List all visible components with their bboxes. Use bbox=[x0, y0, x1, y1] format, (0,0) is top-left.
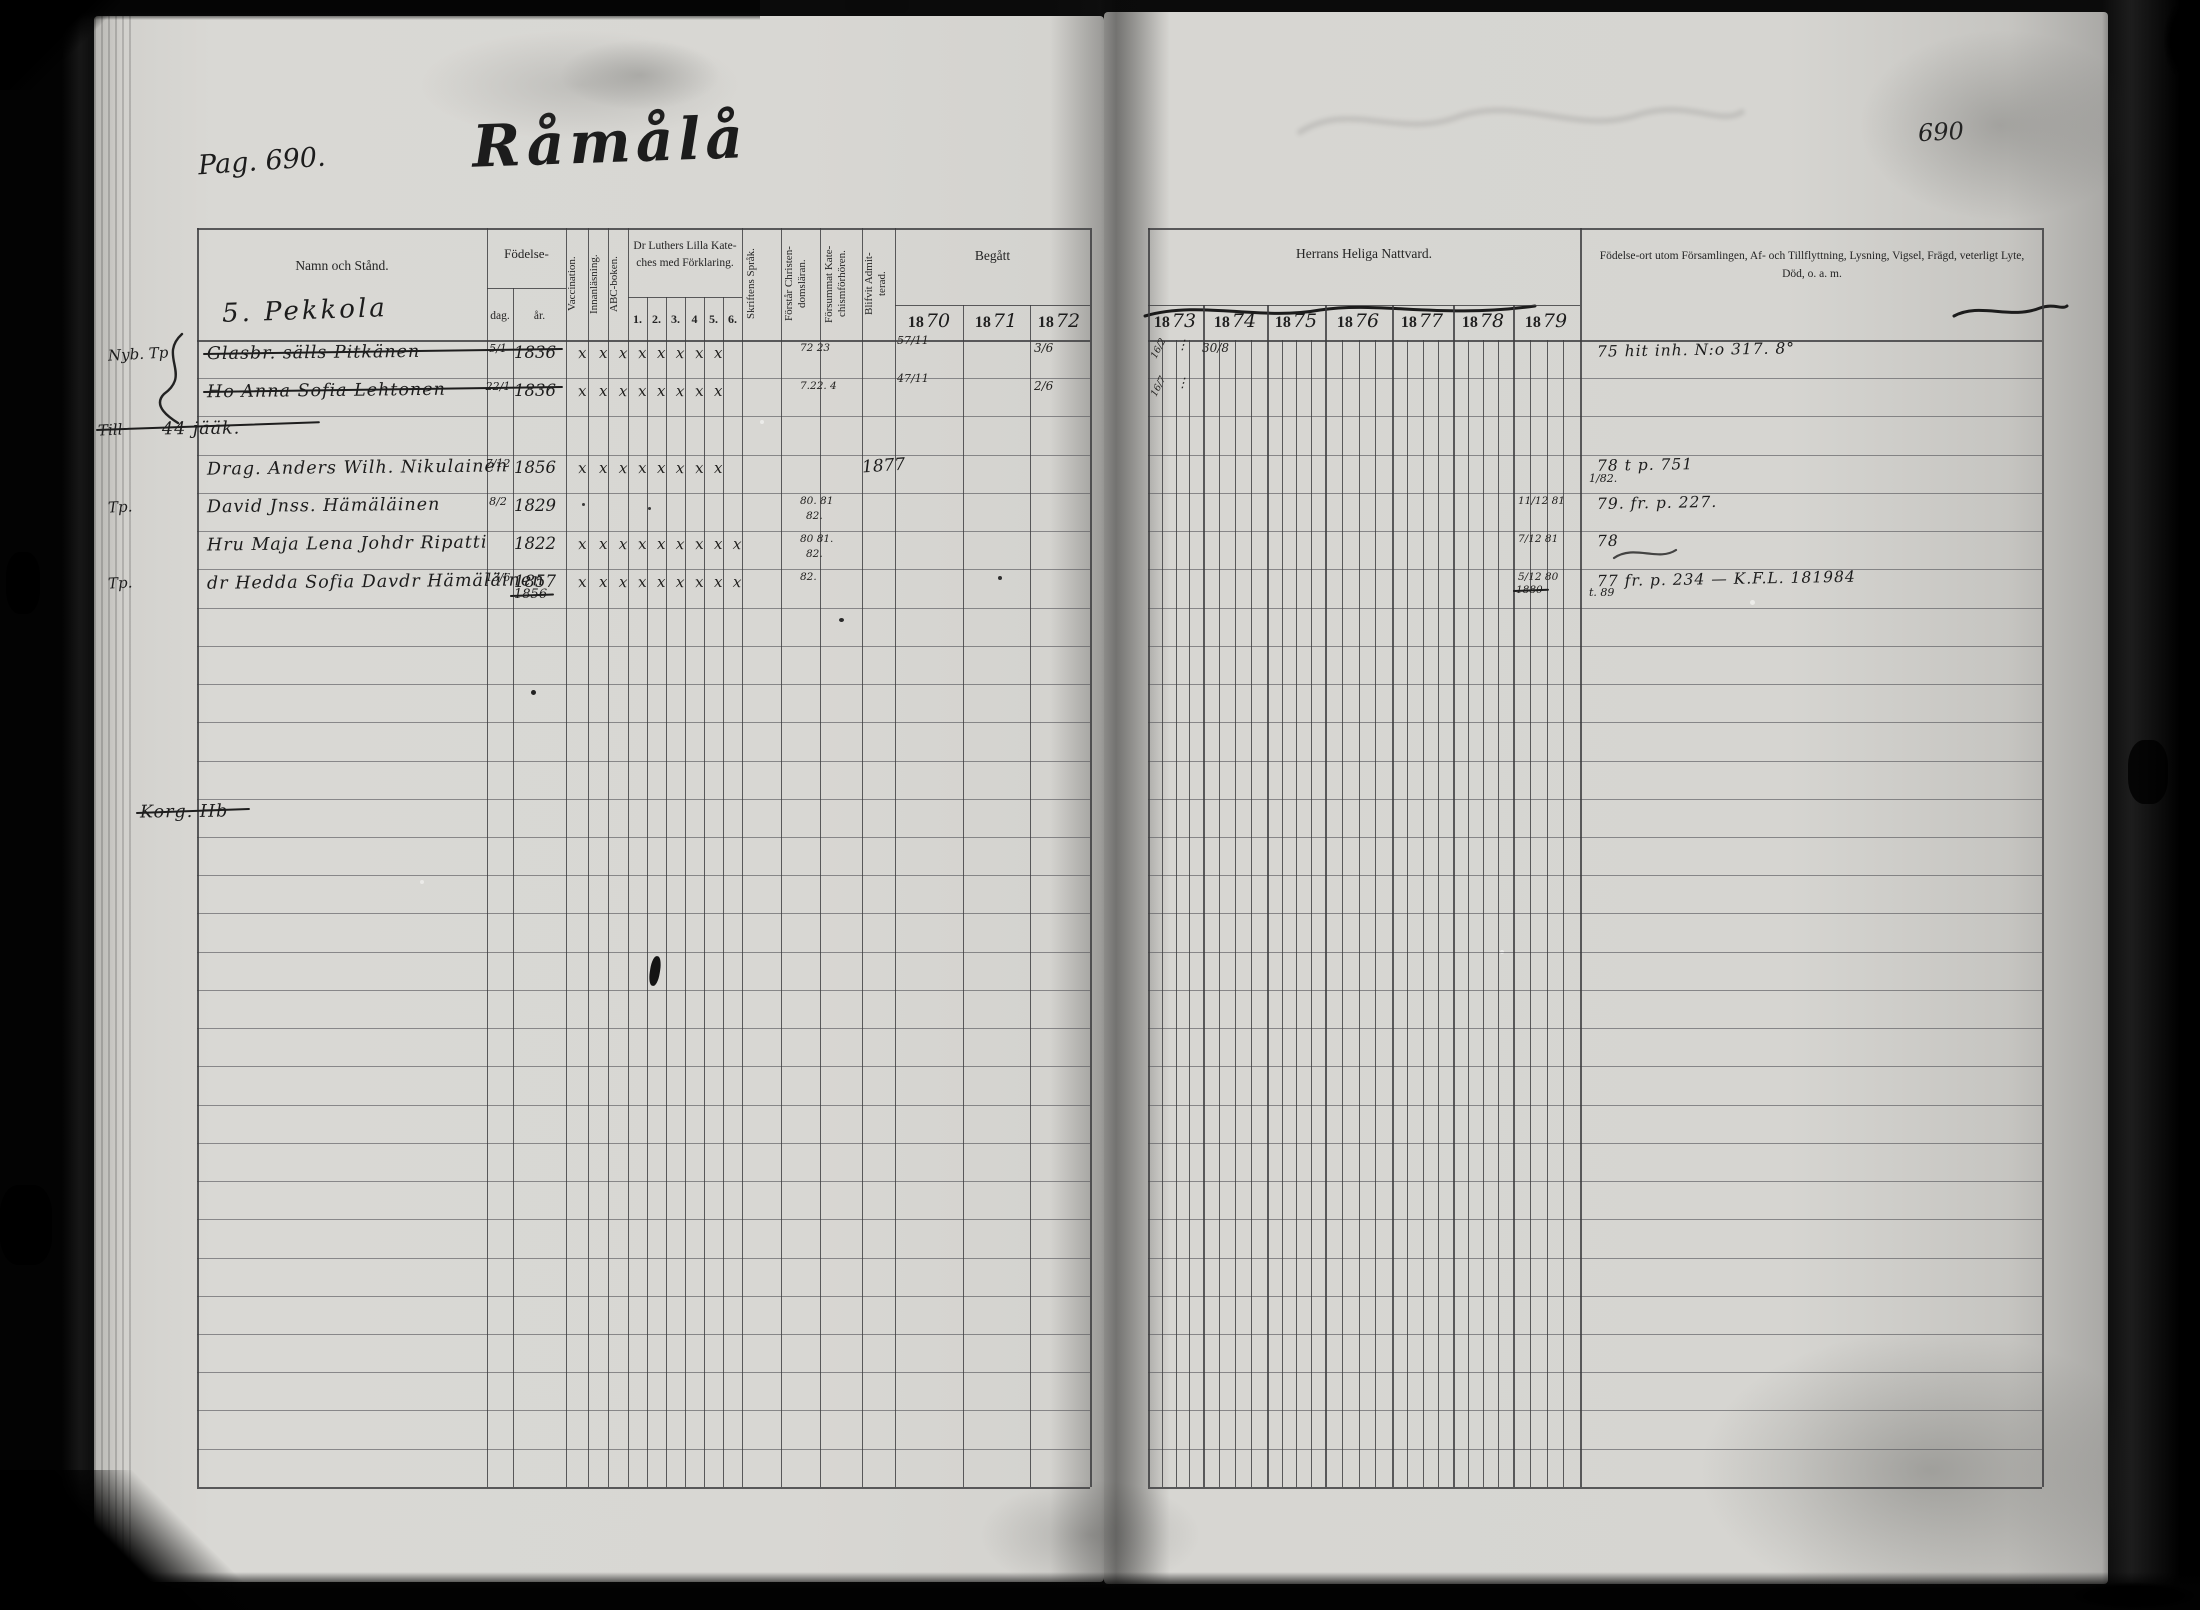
grid-line-h bbox=[197, 378, 1090, 379]
grid-line-v bbox=[1453, 305, 1455, 1487]
check-mark: x bbox=[732, 573, 742, 592]
year-handwritten: 73 bbox=[1172, 310, 1196, 332]
scan-blob-tr bbox=[2078, 0, 2200, 160]
admitted-note: 57/11 bbox=[897, 334, 929, 347]
ink-dot bbox=[998, 576, 1002, 580]
grid-line-h bbox=[487, 288, 566, 289]
col-header-name: Namn och Stånd. bbox=[197, 258, 487, 274]
birth-day: 7/12 bbox=[484, 457, 512, 470]
absence-note: 72 23 bbox=[800, 342, 830, 354]
grid-line-v bbox=[742, 228, 743, 1487]
year-handwritten: 75 bbox=[1293, 310, 1317, 332]
check-mark: x bbox=[714, 382, 722, 400]
grid-line-h bbox=[197, 1181, 1090, 1182]
grid-line-h bbox=[197, 1258, 1090, 1259]
grid-line-v bbox=[1296, 340, 1297, 1487]
year-handwritten: 74 bbox=[1232, 310, 1256, 332]
grid-line-v bbox=[1498, 340, 1499, 1487]
notes-flourish bbox=[1950, 296, 2070, 324]
grid-line-h bbox=[197, 1296, 1090, 1297]
scan-edge-mark bbox=[2128, 740, 2168, 804]
catechism-subcol: 5. bbox=[704, 312, 723, 327]
grid-line-h bbox=[1148, 1487, 2042, 1489]
col-header-vaccination: Vaccination. bbox=[566, 231, 588, 337]
check-mark: x bbox=[732, 535, 742, 554]
grid-line-v bbox=[1580, 228, 1582, 1487]
absence-note: 80 81. bbox=[800, 533, 833, 545]
year-printed: 18 bbox=[1337, 314, 1353, 331]
check-mark: x bbox=[618, 573, 628, 592]
scan-edge-right bbox=[2102, 0, 2200, 1610]
birth-year: 1836 bbox=[514, 343, 556, 362]
check-mark: x bbox=[657, 459, 665, 477]
check-mark: x bbox=[714, 573, 722, 591]
check-mark: x bbox=[657, 573, 665, 591]
grid-line-v bbox=[820, 228, 821, 1487]
dust bbox=[1750, 600, 1755, 605]
grid-line-v bbox=[1342, 340, 1343, 1487]
margin-note: Tp. bbox=[108, 574, 133, 593]
check-mark: x bbox=[618, 458, 628, 477]
communion-1873-marks: ⋮ bbox=[1176, 376, 1189, 391]
check-mark: x bbox=[657, 344, 665, 362]
year-cell: 1878 bbox=[1449, 310, 1517, 332]
communion-1872: 3/6 bbox=[1034, 341, 1053, 355]
grid-line-h bbox=[197, 837, 1090, 838]
absence-note: 82. bbox=[800, 571, 817, 583]
check-mark: x bbox=[694, 382, 704, 401]
absence-note: 82. bbox=[806, 548, 823, 560]
book-binding bbox=[1050, 0, 1170, 1610]
birth-year: 1836 bbox=[514, 381, 556, 400]
dust bbox=[420, 880, 424, 884]
year-printed: 18 bbox=[1154, 314, 1170, 331]
check-mark: x bbox=[618, 344, 628, 363]
grid-line-v bbox=[666, 297, 667, 1487]
marginal-annotation: 78 bbox=[1597, 532, 1619, 550]
grid-line-v bbox=[704, 297, 705, 1487]
col-header-birth-year: år. bbox=[513, 310, 566, 322]
year-cell: 1872 bbox=[1025, 310, 1093, 332]
col-header-notes: Födelse-ort utom Församlingen, Af- och T… bbox=[1594, 248, 2030, 284]
year-printed: 18 bbox=[1214, 314, 1230, 331]
year-cell: 1874 bbox=[1201, 310, 1269, 332]
year-printed: 18 bbox=[1275, 314, 1291, 331]
check-mark: x bbox=[637, 344, 647, 363]
year-handwritten: 79 bbox=[1543, 310, 1567, 332]
marginal-annotation: 75 hit inh. N:o 317. 8° bbox=[1597, 339, 1795, 360]
birth-year: 1856 bbox=[514, 458, 556, 477]
grid-line-v bbox=[487, 228, 488, 1487]
check-mark: x bbox=[675, 458, 685, 477]
grid-line-v bbox=[1030, 305, 1031, 1487]
check-mark: x bbox=[694, 573, 704, 592]
grid-line-v bbox=[963, 305, 964, 1487]
grid-line-v bbox=[1219, 340, 1220, 1487]
grid-line-v bbox=[1148, 228, 1150, 1487]
grid-line-v bbox=[197, 228, 199, 1487]
admitted-year: 1877 bbox=[861, 454, 906, 477]
catechism-subcol: 3. bbox=[666, 312, 685, 327]
check-mark: x bbox=[599, 459, 607, 477]
year-printed: 18 bbox=[908, 314, 924, 331]
check-mark: x bbox=[577, 382, 587, 401]
grid-line-h bbox=[197, 455, 1090, 456]
grid-line-h bbox=[197, 569, 1090, 570]
check-mark: x bbox=[675, 573, 685, 592]
year-cell: 1873 bbox=[1141, 310, 1209, 332]
grid-line-v bbox=[2042, 228, 2044, 1487]
grid-line-h bbox=[197, 913, 1090, 914]
scan-corner-tl bbox=[0, 0, 120, 90]
catechism-subcol: 2. bbox=[647, 312, 666, 327]
grid-line-v bbox=[1311, 340, 1312, 1487]
grid-line-h bbox=[197, 340, 1090, 342]
grid-line-v bbox=[1176, 340, 1177, 1487]
check-mark: x bbox=[657, 382, 665, 400]
grid-line-h bbox=[197, 1143, 1090, 1144]
check-mark: x bbox=[675, 382, 685, 401]
communion-1879: 7/12 81 bbox=[1518, 533, 1558, 545]
communion-1879: 11/12 81 bbox=[1518, 495, 1565, 507]
margin-note: Tp. bbox=[108, 497, 133, 516]
grid-line-v bbox=[1438, 340, 1439, 1487]
absence-note: 80. 81 bbox=[800, 495, 833, 507]
year-printed: 18 bbox=[1401, 314, 1417, 331]
grid-line-v bbox=[1189, 340, 1190, 1487]
year-cell: 1877 bbox=[1388, 310, 1456, 332]
admitted-note: 47/11 bbox=[897, 372, 929, 385]
absence-note: 82. bbox=[806, 510, 823, 522]
year-handwritten: 77 bbox=[1419, 310, 1443, 332]
absence-note: 7.22. 4 bbox=[800, 380, 837, 392]
entry-name: David Jnss. Hämäläinen bbox=[207, 495, 441, 517]
grid-line-v bbox=[781, 228, 782, 1487]
year-printed: 18 bbox=[1525, 314, 1541, 331]
col-header-abc-boken: ABC-boken. bbox=[608, 231, 628, 337]
grid-line-h bbox=[197, 1372, 1090, 1373]
grid-line-h bbox=[895, 305, 1090, 306]
col-header-forstar: Förstår Christen- domsläran. bbox=[783, 231, 818, 337]
folio-number: 690 bbox=[1917, 117, 1964, 147]
grid-line-h bbox=[197, 531, 1090, 532]
check-mark: x bbox=[577, 573, 587, 592]
check-mark: x bbox=[714, 535, 722, 553]
check-mark: x bbox=[599, 344, 607, 362]
grid-line-v bbox=[628, 228, 629, 1487]
ink-dot bbox=[531, 690, 536, 695]
year-handwritten: 76 bbox=[1355, 310, 1379, 332]
bleedthrough-ghost bbox=[1290, 92, 1750, 148]
grid-line-h bbox=[197, 684, 1090, 685]
grid-line-h bbox=[197, 990, 1090, 991]
margin-note: Nyb. Tp bbox=[108, 343, 169, 364]
grid-line-v bbox=[723, 297, 724, 1487]
year-cell: 1870 bbox=[895, 310, 963, 332]
grid-line-v bbox=[1267, 305, 1269, 1487]
check-mark: x bbox=[714, 459, 722, 477]
marginal-annotation-small: 1/82. bbox=[1589, 472, 1617, 485]
grid-line-h bbox=[1148, 305, 1580, 306]
check-mark: x bbox=[599, 573, 607, 591]
grid-line-v bbox=[862, 228, 863, 1487]
grid-line-h bbox=[197, 646, 1090, 647]
year-handwritten: 71 bbox=[993, 310, 1017, 332]
grid-line-h bbox=[197, 722, 1090, 723]
year-handwritten: 72 bbox=[1056, 310, 1080, 332]
check-mark: x bbox=[599, 535, 607, 553]
scan-corner-bl bbox=[0, 1470, 330, 1610]
catechism-subcol: 4 bbox=[685, 312, 704, 327]
grid-line-v bbox=[1203, 305, 1205, 1487]
grid-line-v bbox=[1090, 228, 1092, 1487]
birth-year: 1822 bbox=[514, 534, 556, 553]
check-mark: x bbox=[637, 382, 647, 401]
check-mark: x bbox=[714, 344, 722, 362]
grid-line-h bbox=[197, 493, 1090, 494]
year-handwritten: 78 bbox=[1480, 310, 1504, 332]
entry-name: 44 jääk. bbox=[162, 419, 241, 440]
communion-1873-marks: ⋮ bbox=[1176, 338, 1189, 353]
grid-line-h bbox=[197, 228, 1090, 230]
grid-line-v bbox=[1563, 340, 1564, 1487]
grid-line-h bbox=[197, 1066, 1090, 1067]
col-header-birth-day: dag. bbox=[487, 310, 513, 322]
scan-edge-left bbox=[0, 0, 96, 1610]
grid-line-h bbox=[197, 1334, 1090, 1335]
check-mark: x bbox=[637, 458, 647, 477]
section-heading: 5. Pekkola bbox=[222, 293, 389, 329]
check-mark: x bbox=[675, 535, 685, 554]
year-printed: 18 bbox=[1462, 314, 1478, 331]
check-mark: x bbox=[577, 535, 587, 554]
ledger-scan: Pag. 690. Råmålå 690 Namn och Stånd. Föd… bbox=[0, 0, 2200, 1610]
grid-line-h bbox=[197, 608, 1090, 609]
check-mark: x bbox=[599, 382, 607, 400]
grid-line-v bbox=[566, 228, 567, 1487]
marginal-annotation: 79. fr. p. 227. bbox=[1597, 493, 1717, 513]
check-mark: x bbox=[577, 344, 587, 363]
dust bbox=[760, 420, 764, 424]
communion-1872: 2/6 bbox=[1034, 379, 1053, 393]
grid-line-v bbox=[1282, 340, 1283, 1487]
check-mark: x bbox=[694, 535, 704, 554]
check-mark: x bbox=[675, 344, 685, 363]
year-cell: 1876 bbox=[1324, 310, 1392, 332]
grid-line-h bbox=[197, 952, 1090, 953]
grid-line-h bbox=[197, 1410, 1090, 1411]
annotation-flourish bbox=[1610, 542, 1680, 564]
catechism-subcol: 6. bbox=[723, 312, 742, 327]
grid-line-v bbox=[1483, 340, 1484, 1487]
col-header-birth: Födelse- bbox=[487, 246, 566, 262]
year-printed: 18 bbox=[1038, 314, 1054, 331]
check-mark: x bbox=[618, 382, 628, 401]
grid-line-h bbox=[197, 1105, 1090, 1106]
birth-day: 13/6 bbox=[484, 571, 512, 584]
grid-line-v bbox=[1235, 340, 1236, 1487]
communion-1874: 30/8 bbox=[1202, 341, 1229, 355]
grid-line-v bbox=[608, 228, 609, 1487]
grid-line-h bbox=[197, 799, 1090, 800]
scan-edge-mark bbox=[6, 552, 40, 614]
year-handwritten: 70 bbox=[926, 310, 950, 332]
grid-line-v bbox=[647, 297, 648, 1487]
entry-name: Hru Maja Lena Johdr Ripatti bbox=[207, 533, 488, 556]
ink-dot bbox=[839, 618, 844, 622]
year-cell: 1871 bbox=[962, 310, 1030, 332]
faint-dot bbox=[648, 507, 651, 510]
grid-line-v bbox=[1423, 340, 1424, 1487]
check-mark: x bbox=[637, 535, 647, 554]
grid-line-h bbox=[197, 761, 1090, 762]
grid-line-h bbox=[197, 1449, 1090, 1450]
scan-edge-mark bbox=[0, 1185, 52, 1265]
entry-name: Drag. Anders Wilh. Nikulainen bbox=[207, 456, 508, 479]
birth-day: 8/2 bbox=[484, 495, 512, 508]
check-mark: x bbox=[618, 535, 628, 554]
grid-line-v bbox=[1392, 305, 1394, 1487]
grid-line-h bbox=[197, 1028, 1090, 1029]
grid-line-v bbox=[1162, 340, 1163, 1487]
page-title: Råmålå bbox=[439, 102, 781, 182]
grid-line-v bbox=[1375, 340, 1376, 1487]
grid-line-v bbox=[1359, 340, 1360, 1487]
grid-line-v bbox=[1530, 340, 1531, 1487]
grid-line-h bbox=[197, 875, 1090, 876]
col-header-communion: Herrans Heliga Nattvard. bbox=[1148, 246, 1580, 262]
grid-line-v bbox=[588, 228, 589, 1487]
check-mark: x bbox=[637, 573, 647, 592]
col-header-admitterad: Blifvit Admit- terad. bbox=[863, 233, 893, 335]
col-header-forsummat: Försummat Kate- chismförhören. bbox=[823, 231, 860, 337]
check-mark: x bbox=[694, 344, 704, 363]
grid-line-v bbox=[1407, 340, 1408, 1487]
check-mark: x bbox=[694, 458, 704, 477]
check-mark: x bbox=[577, 458, 587, 477]
col-header-skriftens-sprak: Skriftens Språk. bbox=[745, 231, 778, 337]
grid-line-v bbox=[1513, 305, 1515, 1487]
grid-line-v bbox=[1547, 340, 1548, 1487]
scan-blob-br bbox=[1980, 1540, 2200, 1610]
faint-dot bbox=[582, 503, 585, 506]
grid-line-v bbox=[895, 228, 896, 1487]
grid-line-v bbox=[1468, 340, 1469, 1487]
communion-1879: 5/12 80 bbox=[1518, 571, 1558, 583]
marginal-annotation-small: t. 89 bbox=[1589, 586, 1614, 599]
scan-edge-top-nub bbox=[845, 0, 909, 13]
col-header-innanlasning: Innanläsning. bbox=[588, 231, 608, 337]
year-cell: 1879 bbox=[1512, 310, 1580, 332]
grid-line-v bbox=[685, 297, 686, 1487]
page-edge-streaks bbox=[94, 16, 136, 1582]
grid-line-v bbox=[1251, 340, 1252, 1487]
grid-line-h bbox=[197, 1487, 1090, 1489]
scan-edge-bottom bbox=[0, 1572, 2200, 1610]
grid-line-h bbox=[1148, 228, 2042, 230]
col-header-catechism: Dr Luthers Lilla Kate- ches med Förklari… bbox=[628, 238, 742, 271]
year-cell: 1875 bbox=[1262, 310, 1330, 332]
grid-line-h bbox=[197, 1219, 1090, 1220]
grid-line-h bbox=[197, 416, 1090, 417]
year-printed: 18 bbox=[975, 314, 991, 331]
birth-year: 1829 bbox=[514, 496, 556, 515]
catechism-subcol: 1. bbox=[628, 312, 647, 327]
check-mark: x bbox=[657, 535, 665, 553]
grid-line-v bbox=[1325, 305, 1327, 1487]
